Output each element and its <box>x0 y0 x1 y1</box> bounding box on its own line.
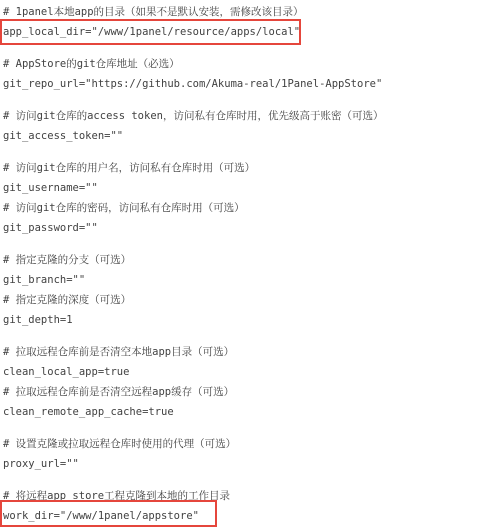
comment-line: # 设置克隆或拉取远程仓库时使用的代理（可选） <box>3 434 481 454</box>
comment-line: # 指定克隆的分支（可选） <box>3 250 481 270</box>
blank-line <box>3 474 481 486</box>
config-line-git-password: git_password="" <box>3 218 481 238</box>
comment-line: # 拉取远程仓库前是否清空本地app目录（可选） <box>3 342 481 362</box>
config-line-clean-local-app: clean_local_app=true <box>3 362 481 382</box>
config-file-view: # 1panel本地app的目录（如果不是默认安装，需修改该目录） app_lo… <box>0 0 481 526</box>
config-line-work-dir: work_dir="/www/1panel/appstore" <box>3 506 481 526</box>
config-line-git-access-token: git_access_token="" <box>3 126 481 146</box>
comment-line: # 访问git仓库的密码，访问私有仓库时用（可选） <box>3 198 481 218</box>
comment-line: # 访问git仓库的access token，访问私有仓库时用，优先级高于账密（… <box>3 106 481 126</box>
blank-line <box>3 330 481 342</box>
config-line-proxy-url: proxy_url="" <box>3 454 481 474</box>
blank-line <box>3 42 481 54</box>
blank-line <box>3 146 481 158</box>
comment-line: # AppStore的git仓库地址（必选） <box>3 54 481 74</box>
config-line-app-local-dir: app_local_dir="/www/1panel/resource/apps… <box>3 22 481 42</box>
comment-line: # 指定克隆的深度（可选） <box>3 290 481 310</box>
blank-line <box>3 238 481 250</box>
config-line-clean-remote-app-cache: clean_remote_app_cache=true <box>3 402 481 422</box>
comment-line: # 1panel本地app的目录（如果不是默认安装，需修改该目录） <box>3 2 481 22</box>
config-line-git-depth: git_depth=1 <box>3 310 481 330</box>
config-line-git-branch: git_branch="" <box>3 270 481 290</box>
comment-line: # 拉取远程仓库前是否清空远程app缓存（可选） <box>3 382 481 402</box>
blank-line <box>3 94 481 106</box>
config-line-git-username: git_username="" <box>3 178 481 198</box>
comment-line: # 访问git仓库的用户名，访问私有仓库时用（可选） <box>3 158 481 178</box>
config-line-git-repo-url: git_repo_url="https://github.com/Akuma-r… <box>3 74 481 94</box>
blank-line <box>3 422 481 434</box>
comment-line: # 将远程app store工程克隆到本地的工作目录 <box>3 486 481 506</box>
